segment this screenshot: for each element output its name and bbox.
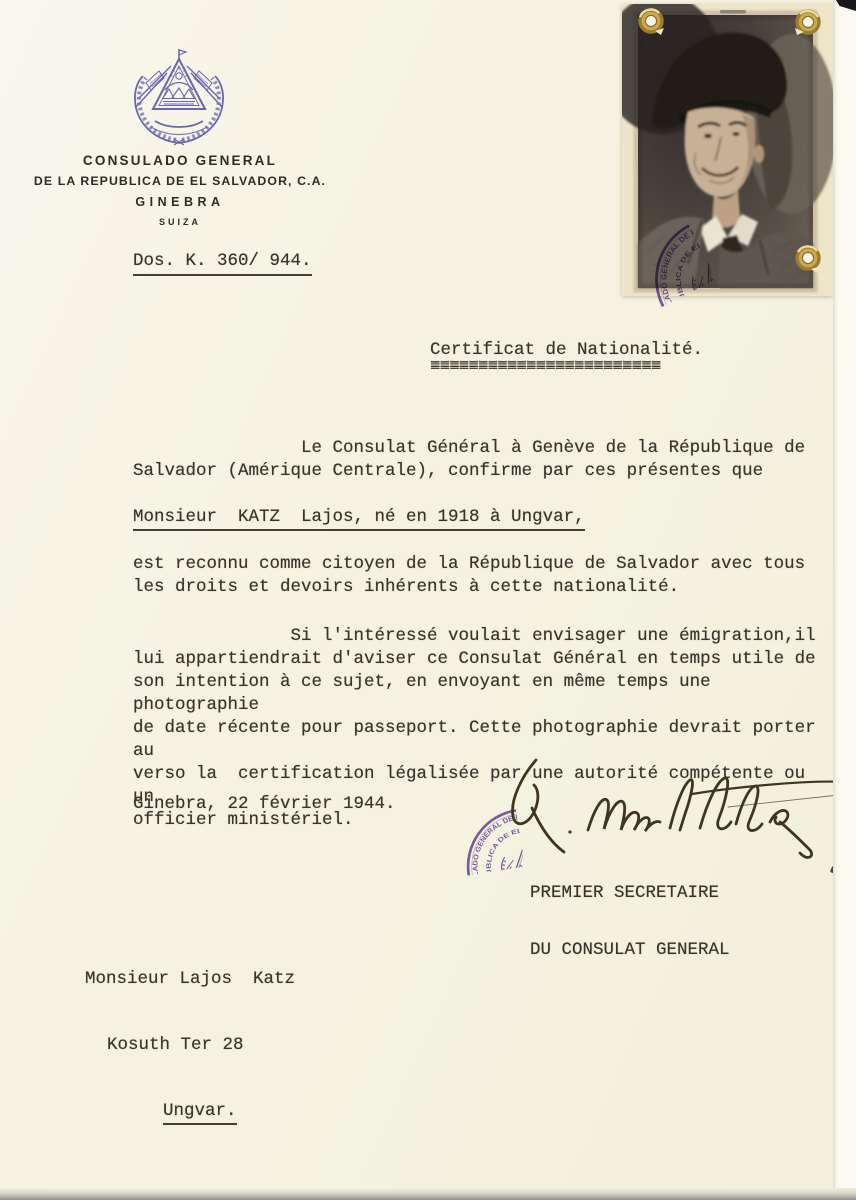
el-salvador-coat-of-arms: [126, 46, 232, 146]
signer-title-line1: PREMIER SECRETAIRE: [530, 884, 730, 903]
staple: [720, 10, 746, 14]
recipient-city-text: Ungvar.: [163, 1101, 237, 1125]
recipient-name: Monsieur Lajos Katz: [85, 968, 295, 990]
letterhead-republic-line: DE LA REPUBLICA DE EL SALVADOR, C.A.: [27, 171, 333, 192]
paragraph-recognition: est reconnu comme citoyen de la Républiq…: [133, 553, 805, 599]
letterhead-city: GINEBRA: [27, 192, 333, 213]
recipient-address: Monsieur Lajos Katz Kosuth Ter 28 Ungvar…: [85, 924, 295, 1166]
letterhead: CONSULADO GENERAL DE LA REPUBLICA DE EL …: [27, 150, 333, 231]
scan-edge-shadow: [0, 1188, 856, 1200]
signer-title-block: PREMIER SECRETAIRE DU CONSULAT GENERAL: [530, 846, 730, 998]
paragraph-intro: Le Consulat Général à Genève de la Répub…: [133, 437, 805, 483]
document-page: CONSULADO GENERAL DE LA REPUBLICA DE EL …: [0, 0, 833, 1200]
dateline: Ginebra, 22 février 1944.: [133, 793, 396, 816]
recipient-street: Kosuth Ter 28: [85, 1034, 295, 1056]
recipient-city: Ungvar.: [85, 1100, 295, 1122]
scanner-background: [833, 0, 856, 1200]
grommet-top-right: [795, 10, 821, 36]
signer-title-line2: DU CONSULAT GENERAL: [530, 941, 730, 960]
subject-line-text: Monsieur KATZ Lajos, né en 1918 à Ungvar…: [133, 507, 585, 531]
title-underline: ========================: [430, 355, 660, 378]
letterhead-consulate-name: CONSULADO GENERAL: [27, 150, 333, 171]
subject-line: Monsieur KATZ Lajos, né en 1918 à Ungvar…: [133, 506, 585, 529]
letterhead-country: SUIZA: [27, 213, 333, 231]
dossier-reference: Dos. K. 360/ 944.: [133, 250, 312, 276]
scanned-document: CONSULADO GENERAL DE LA REPUBLICA DE EL …: [0, 0, 856, 1200]
